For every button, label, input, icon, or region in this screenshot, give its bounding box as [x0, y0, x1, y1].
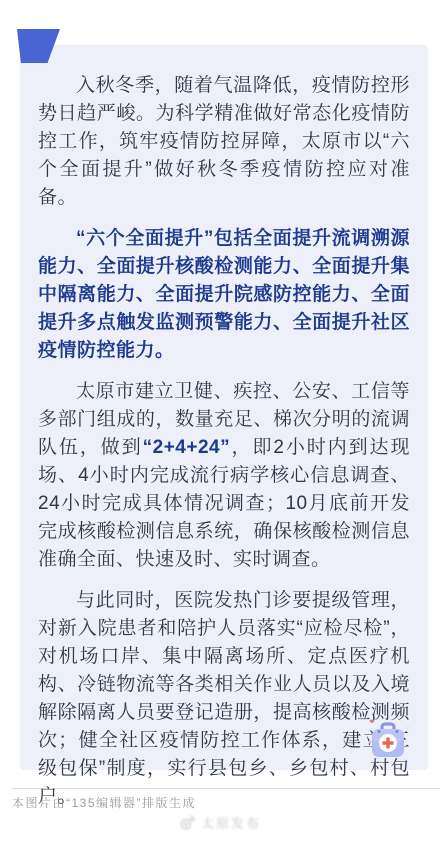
- paragraph-six-improvements: “六个全面提升”包括全面提升流调溯源能力、全面提升核酸检测能力、全面提升集中隔离…: [38, 225, 410, 365]
- article-body: 入秋冬季，随着气温降低，疫情防控形势日趋严峻。为科学精准做好常态化疫情防控工作，…: [20, 45, 428, 811]
- watermark-text: 太原发布: [201, 813, 261, 832]
- highlight-2-4-24: “2+4+24”: [143, 437, 230, 458]
- weibo-watermark: 太原发布: [0, 813, 440, 832]
- dot-accent: [368, 740, 371, 743]
- heart-accent: [370, 720, 375, 724]
- weibo-eye-icon: [179, 814, 196, 831]
- paragraph-flow-teams: 太原市建立卫健、疾控、公安、工信等多部门组成的，数量充足、梯次分明的流调队伍，做…: [38, 378, 410, 574]
- paragraph-intro: 入秋冬季，随着气温降低，疫情防控形势日趋严峻。为科学精准做好常态化疫情防控工作，…: [38, 72, 410, 212]
- paragraph-hospital-measures: 与此同时，医院发热门诊要提级管理，对新入院患者和陪护人员落实“应检尽检”，对机场…: [38, 587, 410, 811]
- content-card: 入秋冬季，随着气温降低，疫情防控形势日趋严峻。为科学精准做好常态化疫情防控工作，…: [20, 45, 428, 770]
- dot-accent-2: [407, 727, 409, 729]
- first-aid-kit-icon: [364, 716, 412, 764]
